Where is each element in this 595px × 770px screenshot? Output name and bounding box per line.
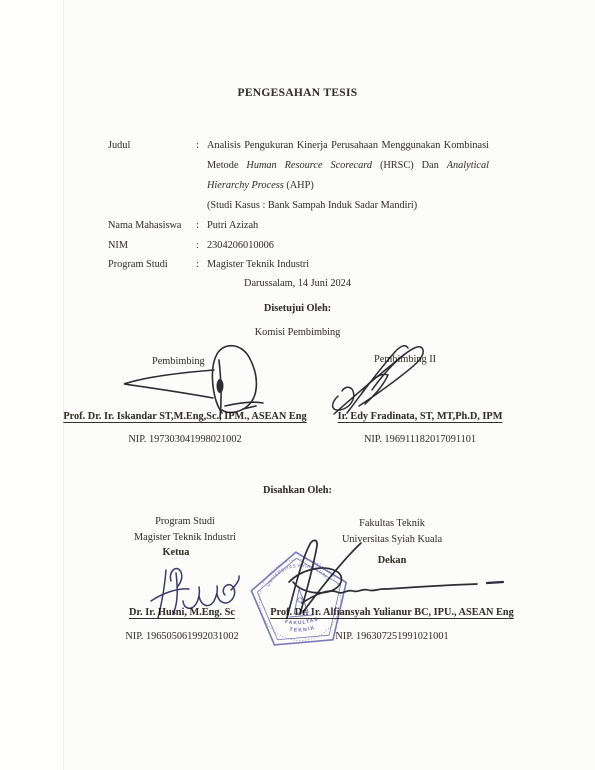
prodi-row: Program Studi : Magister Teknik Industri [108,255,490,275]
advisor2-nip: NIP. 196911182017091101 [320,430,520,450]
program-studi-block: Program Studi Magister Teknik Industri K… [85,514,285,561]
ketua-block: Dr. Ir. Husni, M.Eng. Sc NIP. 1965050619… [82,603,282,646]
advisor1-name: Prof. Dr. Ir. Iskandar ST,M.Eng,Sc., IPM… [63,411,306,422]
thesis-approval-page: PENGESAHAN TESIS Judul : Analisis Penguk… [0,0,595,770]
dekan-block: Prof. Dr. Ir. Alfiansyah Yulianur BC, IP… [258,603,526,646]
dekan-role: Dekan [292,553,492,569]
advisor1-nip: NIP. 197303041998021002 [40,430,330,450]
page-title: PENGESAHAN TESIS [0,87,595,99]
prodi-label: Program Studi [108,255,196,275]
program-line2: Magister Teknik Industri [85,530,285,546]
nim-row: NIM : 2304206010006 [108,236,490,256]
ketua-role: Ketua [67,545,285,561]
nama-value: Putri Azizah [207,216,489,236]
dekan-nip: NIP. 196307251991021001 [258,627,526,647]
program-line1: Program Studi [85,514,285,530]
advisor2-block: Ir. Edy Fradinata, ST, MT,Ph.D, IPM NIP.… [320,407,520,449]
judul-colon: : [196,136,207,156]
ketua-nip: NIP. 196505061992031002 [82,627,282,647]
committee-subheading: Komisi Pembimbing [0,323,595,343]
judul-line-2: Metode Human Resource Scorecard (HRSC) D… [207,156,489,176]
judul-label: Judul [108,136,196,156]
thesis-details: Judul : Analisis Pengukuran Kinerja Peru… [108,136,490,275]
signatures-and-stamp-layer: UNIVERSITAS SYIAH KUALA FAKULTAS TEKNIK [0,0,595,770]
judul-value: Analisis Pengukuran Kinerja Perusahaan M… [207,136,489,216]
fakultas-block: Fakultas Teknik Universitas Syiah Kuala … [292,516,492,569]
nama-label: Nama Mahasiswa [108,216,196,236]
nim-value: 2304206010006 [207,236,489,256]
advisor1-block: Prof. Dr. Ir. Iskandar ST,M.Eng,Sc., IPM… [40,407,330,449]
dekan-name: Prof. Dr. Ir. Alfiansyah Yulianur BC, IP… [270,607,514,618]
judul-line-1: Analisis Pengukuran Kinerja Perusahaan M… [207,136,489,156]
judul-row: Judul : Analisis Pengukuran Kinerja Peru… [108,136,490,216]
advisor2-role: Pembimbing II [374,354,436,365]
prodi-value: Magister Teknik Industri [207,255,489,275]
scan-page-edge [0,0,64,770]
ketua-name: Dr. Ir. Husni, M.Eng. Sc [129,607,235,618]
approved-by-heading: Disetujui Oleh: [0,299,595,319]
endorsed-by-heading: Disahkan Oleh: [0,481,595,501]
judul-line-4: (Studi Kasus : Bank Sampah Induk Sadar M… [207,196,489,216]
stamp-emblem-dot [298,598,303,603]
fakultas-line2: Universitas Syiah Kuala [292,532,492,548]
fakultas-line1: Fakultas Teknik [292,516,492,532]
advisor2-name: Ir. Edy Fradinata, ST, MT,Ph.D, IPM [338,411,503,422]
nama-row: Nama Mahasiswa : Putri Azizah [108,216,490,236]
place-date: Darussalam, 14 Juni 2024 [0,274,595,294]
nim-label: NIM [108,236,196,256]
judul-line-3: Hierarchy Process (AHP) [207,176,489,196]
advisor1-role: Pembimbing [152,356,205,367]
